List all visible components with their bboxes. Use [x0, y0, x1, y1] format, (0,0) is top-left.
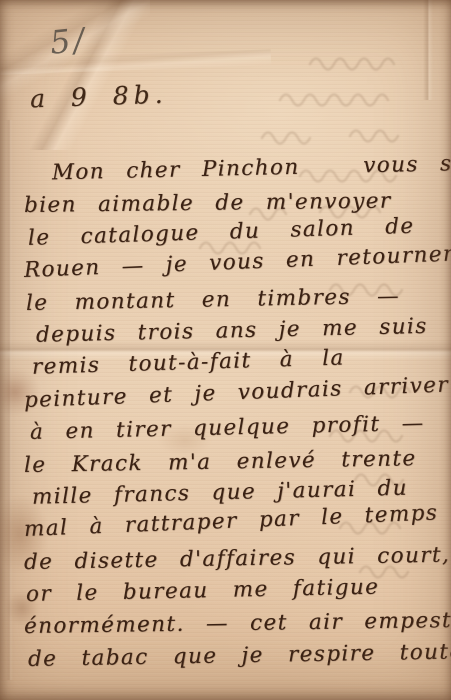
page-number-annotation: 5/ [48, 20, 89, 62]
crease-left-vertical [6, 120, 13, 680]
date-line: a 9 8b. [30, 80, 168, 114]
crease-top-left-diagonal [0, 0, 210, 150]
letter-line: de tabac que je respire toute [24, 636, 451, 676]
crease-top-band [0, 49, 271, 74]
crease-top-right-vertical [423, 0, 433, 100]
letter-line: Mon cher Pinchon vous seriez [24, 148, 451, 190]
letter-page: 5/ a 9 8b. Mon cher Pinchon vous seriez … [0, 0, 451, 700]
letter-body: Mon cher Pinchon vous seriez bien aimabl… [24, 158, 451, 676]
